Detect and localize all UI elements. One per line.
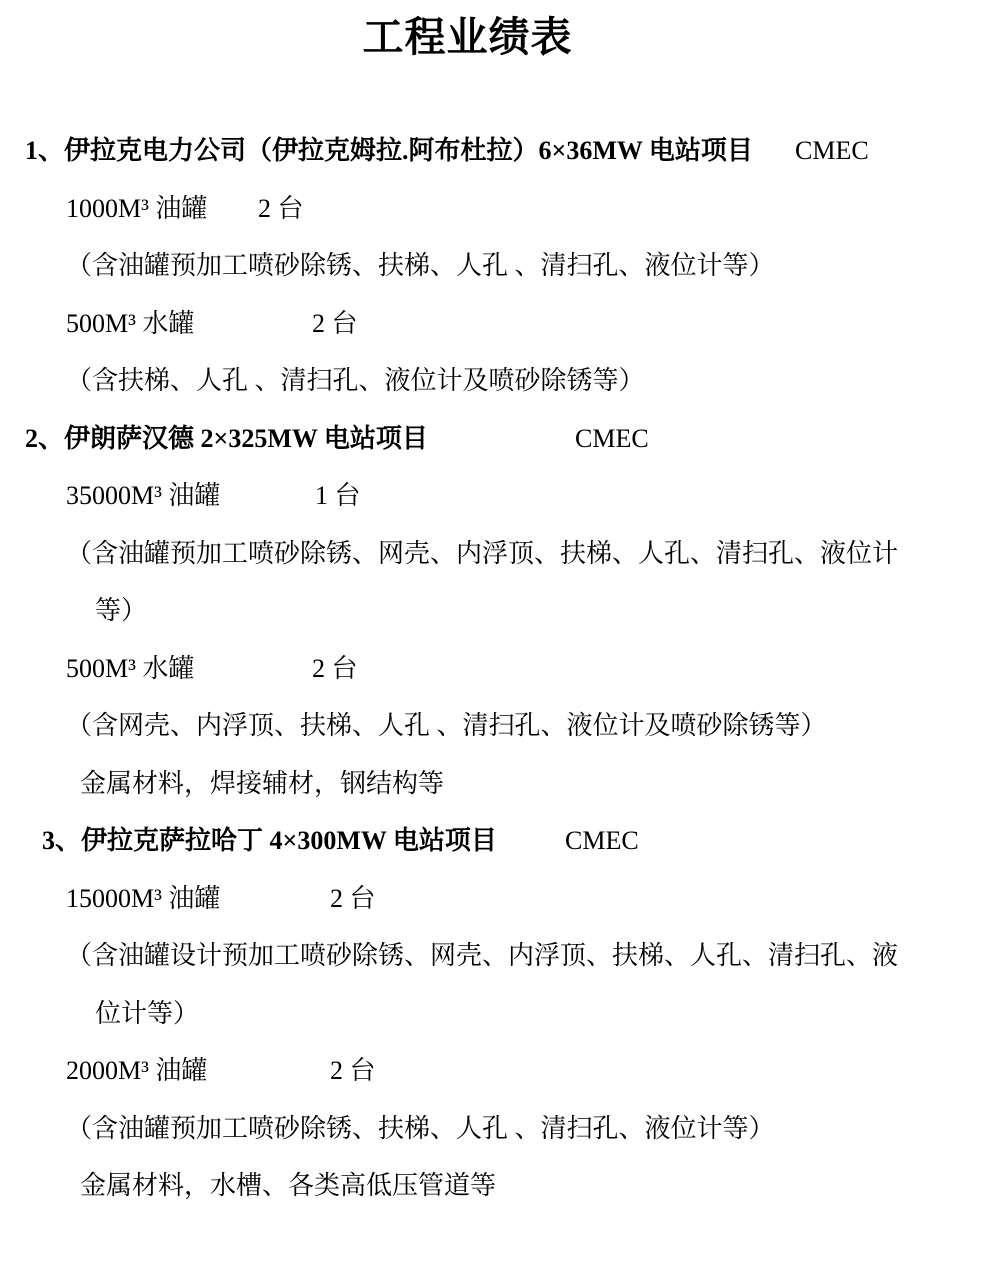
- tank-spec-line: 500M³ 水罐2 台: [25, 295, 950, 353]
- contractor-label: CMEC: [795, 122, 869, 180]
- included-items-note: （含扶梯、人孔 、清扫孔、液位计及喷砂除锈等）: [25, 352, 950, 410]
- tank-spec-line: 500M³ 水罐2 台: [25, 640, 950, 698]
- quantity: 2 台: [330, 870, 376, 928]
- project-heading-1: 1、伊拉克电力公司（伊拉克姆拉.阿布杜拉）6×36MW 电站项目CMEC: [25, 122, 950, 180]
- project-heading-2: 2、伊朗萨汉德 2×325MW 电站项目CMEC: [25, 410, 950, 468]
- tank-spec-label: 500M³ 水罐: [66, 654, 194, 683]
- tank-spec-line: 2000M³ 油罐2 台: [25, 1042, 950, 1100]
- project-heading-3-text: 3、伊拉克萨拉哈丁 4×300MW 电站项目: [42, 826, 497, 855]
- tank-spec-line: 1000M³ 油罐2 台: [25, 180, 950, 238]
- included-items-note: （含油罐预加工喷砂除锈、网壳、内浮顶、扶梯、人孔、清扫孔、液位计: [25, 525, 950, 583]
- included-items-note-continuation: 等）: [25, 582, 950, 640]
- included-items-note-continuation: 位计等）: [25, 985, 950, 1043]
- tank-spec-label: 2000M³ 油罐: [66, 1056, 207, 1085]
- materials-note: 金属材料，焊接辅材，钢结构等: [25, 755, 950, 813]
- project-heading-3: 3、伊拉克萨拉哈丁 4×300MW 电站项目CMEC: [25, 812, 950, 870]
- included-items-note: （含油罐设计预加工喷砂除锈、网壳、内浮顶、扶梯、人孔、清扫孔、液: [25, 927, 950, 985]
- included-items-note: （含网壳、内浮顶、扶梯、人孔 、清扫孔、液位计及喷砂除锈等）: [25, 697, 950, 755]
- document-body: 1、伊拉克电力公司（伊拉克姆拉.阿布杜拉）6×36MW 电站项目CMEC 100…: [25, 122, 950, 1215]
- tank-spec-label: 35000M³ 油罐: [66, 481, 220, 510]
- quantity: 2 台: [330, 1042, 376, 1100]
- quantity: 1 台: [315, 467, 361, 525]
- document-page: 工程业绩表 1、伊拉克电力公司（伊拉克姆拉.阿布杜拉）6×36MW 电站项目CM…: [0, 0, 1000, 1267]
- included-items-note: （含油罐预加工喷砂除锈、扶梯、人孔 、清扫孔、液位计等）: [25, 237, 950, 295]
- tank-spec-label: 15000M³ 油罐: [66, 884, 220, 913]
- tank-spec-line: 35000M³ 油罐1 台: [25, 467, 950, 525]
- included-items-note: （含油罐预加工喷砂除锈、扶梯、人孔 、清扫孔、液位计等）: [25, 1100, 950, 1158]
- contractor-label: CMEC: [565, 812, 639, 870]
- materials-note: 金属材料，水槽、各类高低压管道等: [25, 1157, 950, 1215]
- project-heading-1-text: 1、伊拉克电力公司（伊拉克姆拉.阿布杜拉）6×36MW 电站项目: [25, 136, 753, 165]
- quantity: 2 台: [312, 295, 358, 353]
- document-title: 工程业绩表: [25, 8, 910, 66]
- project-heading-2-text: 2、伊朗萨汉德 2×325MW 电站项目: [25, 424, 428, 453]
- contractor-label: CMEC: [575, 410, 649, 468]
- tank-spec-label: 500M³ 水罐: [66, 309, 194, 338]
- quantity: 2 台: [312, 640, 358, 698]
- tank-spec-line: 15000M³ 油罐2 台: [25, 870, 950, 928]
- tank-spec-label: 1000M³ 油罐: [66, 194, 207, 223]
- quantity: 2 台: [258, 180, 304, 238]
